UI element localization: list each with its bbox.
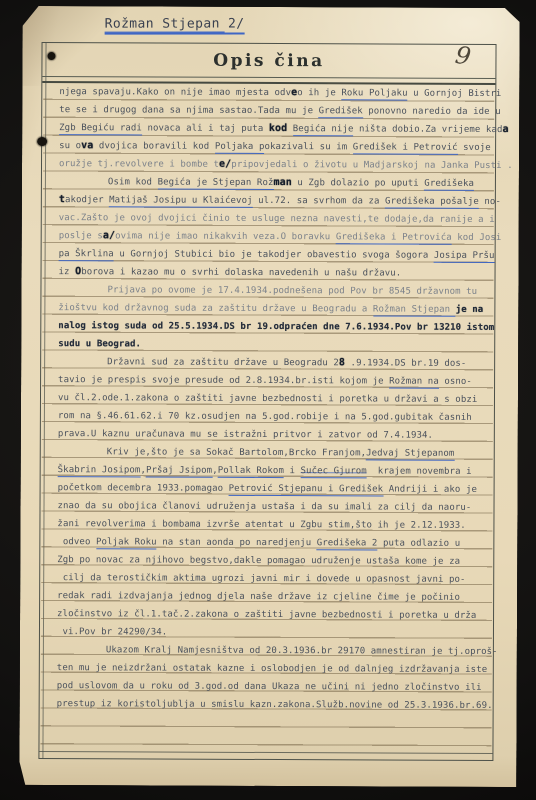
text-line: Škabrin Josipom,Pršaj Jsipom,Pollak Roko… <box>58 461 495 481</box>
underlined-text: Matijaš Josipu u Klaićevoj <box>109 195 253 207</box>
typed-text: krajem novembra i <box>367 466 472 476</box>
text-line: tavio je prespis svoje presude od 2.8.19… <box>58 371 495 391</box>
text-line: Osim kod Begića je Stjepan Rožman u Zgb … <box>59 173 496 193</box>
typed-text: Osim kod <box>108 177 158 187</box>
typed-text: Kriv je,što je sa Sokač Bartolom,Brcko F… <box>107 447 366 458</box>
typed-text: vi.Pov br 24290/34. <box>57 627 167 637</box>
underlined-text: Gredišeka <box>424 179 474 191</box>
text-line: vu čl.2.ode.1.zakona o zaštiti javne bez… <box>58 389 495 409</box>
text-line: zločinstvo iz čl.1.tač.2.zakona o zaštit… <box>57 605 494 625</box>
typed-text: osno- <box>439 377 472 387</box>
typed-text: oružje tj.revolvere i bombe t <box>59 159 219 170</box>
document-body: njega spavaju.Kako on nije imao mjesta o… <box>57 83 497 715</box>
typed-text: o ih je <box>297 88 341 98</box>
text-line: znao da su obojica članovi udruženja ust… <box>57 497 494 517</box>
text-line: vac.Zašto je ovoj dvojici činio te uslug… <box>59 209 496 229</box>
underlined-text: Gredišek i Petrović <box>353 142 458 154</box>
typed-text: vu čl.2.ode.1.zakona o zaštiti javne bez… <box>58 393 477 405</box>
underlined-text: Petrović Stjepanu i Gredišek <box>229 484 384 496</box>
underlined-text: Poljaka p <box>215 142 265 154</box>
typed-text: okazivali su im <box>264 142 352 152</box>
typed-text: ul.72. sa svrhom da za <box>253 196 385 207</box>
underlined-text: Pršaj Jsipom <box>146 465 212 477</box>
text-line: Kriv je,što je sa Sokač Bartolom,Brcko F… <box>58 443 495 463</box>
text-line: su ova dvojica boravili kod Poljaka poka… <box>59 137 496 157</box>
underlined-text: Zgb Begiću radi <box>59 123 142 135</box>
text-line: ten mu je neizdržani ostatak kazne i osl… <box>57 659 494 679</box>
underlined-text: pa Škrlina <box>59 249 114 261</box>
typed-text: Prijava po ovome je 17.4.1934.podnešena … <box>107 285 477 297</box>
typed-text: znao da su obojica članovi udruženja ust… <box>57 501 471 513</box>
typed-text: no- <box>479 197 501 207</box>
underlined-text: Gredišeka 2 <box>317 538 378 550</box>
underlined-text: Poljak Roku <box>96 537 157 549</box>
text-line: redak radi izdvajanja jednog djela naše … <box>57 587 494 607</box>
handwritten-correction: man <box>273 177 291 188</box>
text-line: početkom decembra 1933.pomagao Petrović … <box>58 479 495 499</box>
typed-text: pod uslovom da u roku od 3.god.od dana U… <box>57 681 482 693</box>
typed-text <box>287 124 293 134</box>
text-line: vi.Pov br 24290/34. <box>57 623 494 643</box>
underlined-text: Jedvaj Stjepanom <box>366 448 454 460</box>
typed-text: kod Josi <box>452 233 502 243</box>
typed-text: i <box>284 466 301 476</box>
typed-text: Zgb po novac za njihovo begstvo,dakle po… <box>57 555 460 567</box>
typed-text: Državni sud za zaštitu države u Beogradu… <box>107 357 339 368</box>
text-line: prava.U kaznu uračunava mu se istražni p… <box>58 425 495 445</box>
underlined-text: Josipa Pršu <box>434 251 495 263</box>
typed-text: odveo <box>57 537 96 547</box>
underlined-text: Rožman na <box>389 377 439 389</box>
typed-text: žani revolverima i bombama izvrše atenta… <box>57 519 465 531</box>
text-line: prestup iz koristoljublja u smislu kazn.… <box>57 695 494 715</box>
underlined-text: Begića je Stjepan Rož <box>158 178 274 190</box>
underlined-text: Škabrin Josipom <box>58 465 141 477</box>
typed-text: rom na §.46.61.62.i 70 kz.osudjen na 5.g… <box>58 411 472 423</box>
text-line: njega spavaju.Kako on nije imao mjesta o… <box>59 83 496 103</box>
typed-text: poslje s <box>59 231 103 241</box>
typed-text: ovima nije imao nikakvih veza.O boravku <box>115 231 336 242</box>
document-title: Opis čina <box>42 50 495 72</box>
underlined-text: Rožman Stjepan <box>373 304 456 316</box>
form-box: Opis čina njega spavaju.Kako on nije ima… <box>38 42 496 761</box>
underlined-text: Begića nije <box>293 124 354 136</box>
text-line: cilj da terostičkim aktima ugrozi javni … <box>57 569 494 589</box>
handwritten-correction: a/ <box>103 230 115 241</box>
text-line: pa Škrlina u Gornjoj Stubici bio je tako… <box>59 245 496 265</box>
bold-typed-text: je na <box>456 305 484 315</box>
text-line: Prijava po ovome je 17.4.1934.podnešena … <box>58 281 495 301</box>
typed-text: u Zgb dolazio po uputi <box>292 178 424 189</box>
typed-text: sudu u Beograd. <box>58 339 141 349</box>
underlined-text: Roku Poljaku <box>341 88 407 100</box>
typed-text: početkom decembra 1933.pomagao <box>58 483 229 494</box>
text-line: Zgb Begiću radi novaca ali i taj puta ko… <box>59 119 496 139</box>
scan-background: Rožman Stjepan 2/ 9 Opis čina njega spav… <box>0 0 536 800</box>
typed-text: svoje <box>458 143 491 153</box>
typed-text: ponovno naredio da ide u <box>363 106 501 117</box>
typed-text: Ukazom Kralj Namjesništva od 20.3.1936.b… <box>106 645 498 657</box>
typed-text: iz <box>59 267 76 277</box>
typed-text: su o <box>59 141 81 151</box>
underlined-text: Sučec Gjurom <box>301 466 367 478</box>
typed-text: vac.Zašto je ovoj dvojici činio te uslug… <box>59 213 495 225</box>
typed-text: zločinstvo iz čl.1.tač.2.zakona o zaštit… <box>57 609 476 621</box>
typed-text: novaca ali i taj puta <box>142 123 269 134</box>
typed-text: ten mu je neizdržani ostatak kazne i osl… <box>57 663 487 675</box>
typed-text: Andriji i ako je <box>383 484 477 494</box>
handwritten-correction: kod <box>269 123 287 134</box>
underlined-text: Gredišeka pošalje <box>385 197 479 209</box>
typed-text: prestup iz koristoljublja u smislu kazn.… <box>57 699 493 711</box>
typed-text: akodjer <box>65 195 109 205</box>
typed-text: nalog istog suda od 25.5.1934.DS br 19.o… <box>58 321 494 333</box>
typed-text: tavio je prespis svoje presude od 2.8.19… <box>58 375 389 386</box>
text-line: žioštvu kod državnog suda za zaštitu drž… <box>58 299 495 319</box>
typed-text: njega spavaju.Kako on nije imao mjesta o… <box>59 87 291 98</box>
typed-text: žioštvu kod državnog suda za zaštitu drž… <box>58 303 373 314</box>
typed-text: borova i kazao mu o svrhi dolaska navede… <box>81 267 401 278</box>
text-line: rom na §.46.61.62.i 70 kz.osudjen na 5.g… <box>58 407 495 427</box>
typed-text: cilj da terostičkim aktima ugrozi javni … <box>57 573 465 585</box>
text-line: oružje tj.revolvere i bombe te/pripovjed… <box>59 155 496 175</box>
typed-text: puta odlazio u <box>377 538 460 548</box>
typed-text: prava.U kaznu uračunava mu se istražni p… <box>58 429 433 441</box>
text-line: pod uslovom da u roku od 3.god.od dana U… <box>57 677 494 697</box>
text-line: takodjer Matijaš Josipu u Klaićevoj ul.7… <box>59 191 496 211</box>
text-line: nalog istog suda od 25.5.1934.DS br 19.o… <box>58 317 495 337</box>
text-line: odveo Poljak Roku na stan aonda po nared… <box>57 533 494 553</box>
header-note: Rožman Stjepan 2/ <box>105 17 245 32</box>
text-line: poslje sa/ovima nije imao nikakvih veza.… <box>59 227 496 247</box>
text-line: žani revolverima i bombama izvrše atenta… <box>57 515 494 535</box>
underlined-text: Pollak Rokom <box>218 466 284 478</box>
typed-text: u Gornjoj Bistri <box>408 89 502 99</box>
typed-text: .9.1934.DS br.19 dos- <box>345 358 466 369</box>
text-line: Zgb po novac za njihovo begstvo,dakle po… <box>57 551 494 571</box>
typed-text: ništa dobio.Za vrijeme kad <box>353 124 502 135</box>
underlined-text: Gredišek <box>319 106 363 118</box>
handwritten-correction: e/ <box>219 159 231 170</box>
typed-text: te se i drugog dana sa njima sastao.Tada… <box>59 105 318 116</box>
typed-text: redak radi izdvajanja jednog djela naše … <box>57 591 460 603</box>
text-line: te se i drugog dana sa njima sastao.Tada… <box>59 101 496 121</box>
text-line: Ukazom Kralj Namjesništva od 20.3.1936.b… <box>57 641 494 661</box>
header-note-text: Rožman Stjepan 2/ <box>105 17 245 35</box>
typed-text: na stan aonda po naredjenju <box>157 538 317 549</box>
typed-text: pripovjedali o životu u Madjarskoj na Ja… <box>231 160 512 171</box>
text-line: Državni sud za zaštitu države u Beogradu… <box>58 353 495 373</box>
typed-text: dvojica boravili kod <box>93 141 214 152</box>
text-line: iz Oborova i kazao mu o svrhi dolaska na… <box>59 263 496 283</box>
typed-text: u Gornjoj Stubici bio je takodjer obaves… <box>114 249 434 260</box>
underlined-text: Gredišeka i Petrovića <box>336 232 452 244</box>
handwritten-correction: va <box>81 140 93 151</box>
document-page: Rožman Stjepan 2/ 9 Opis čina njega spav… <box>19 6 519 787</box>
text-line: sudu u Beograd. <box>58 335 495 355</box>
handwritten-correction: a <box>502 124 508 135</box>
